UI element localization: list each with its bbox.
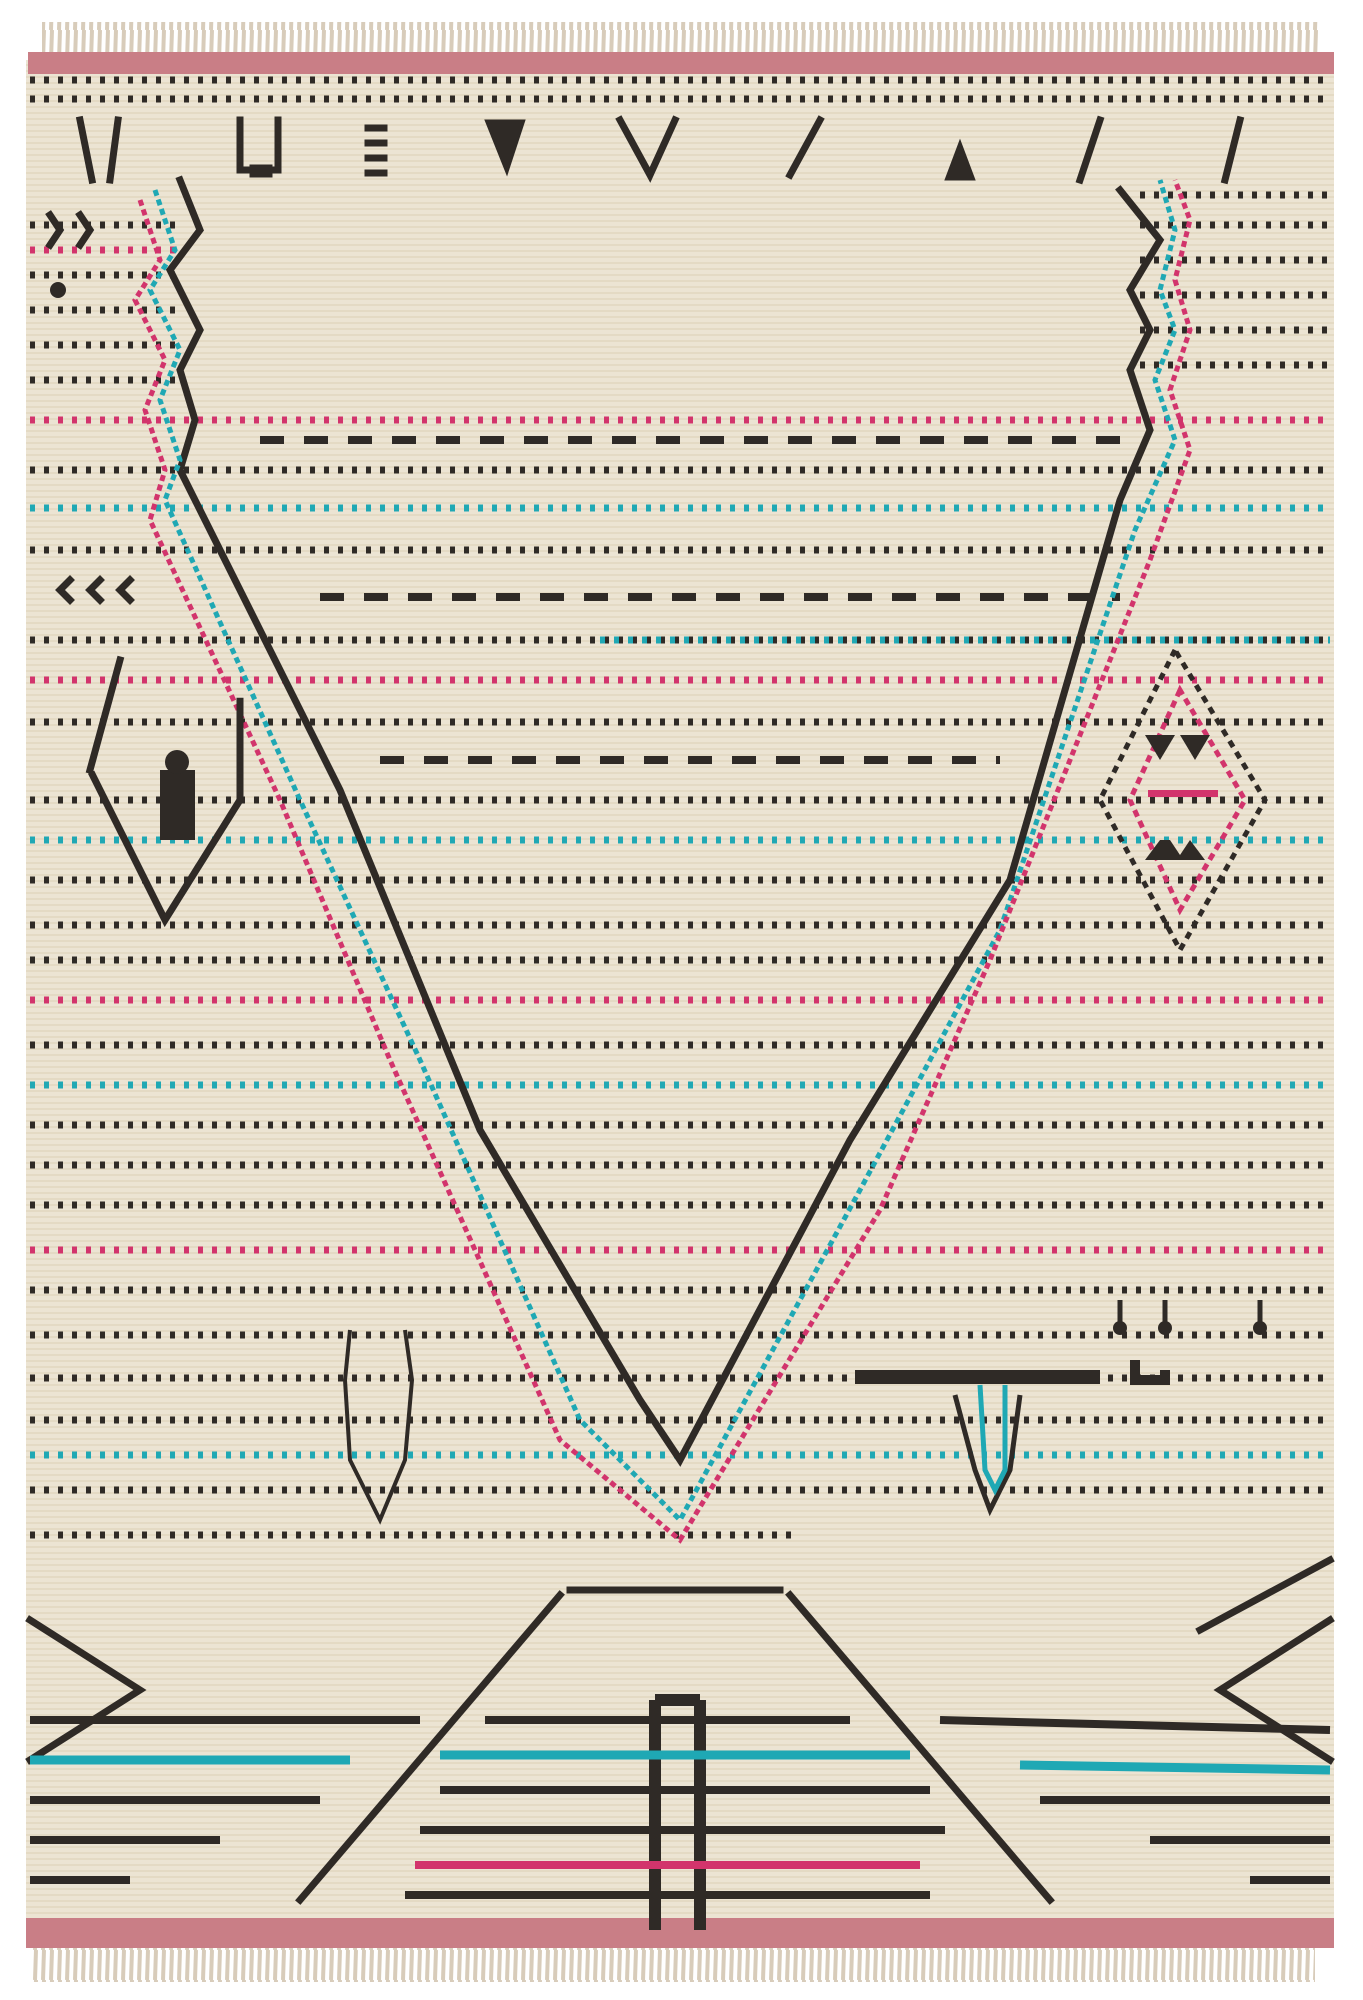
top-kilim-band bbox=[28, 52, 1334, 74]
rug-photo bbox=[0, 0, 1363, 2000]
bottom-kilim-band bbox=[26, 1918, 1334, 1948]
